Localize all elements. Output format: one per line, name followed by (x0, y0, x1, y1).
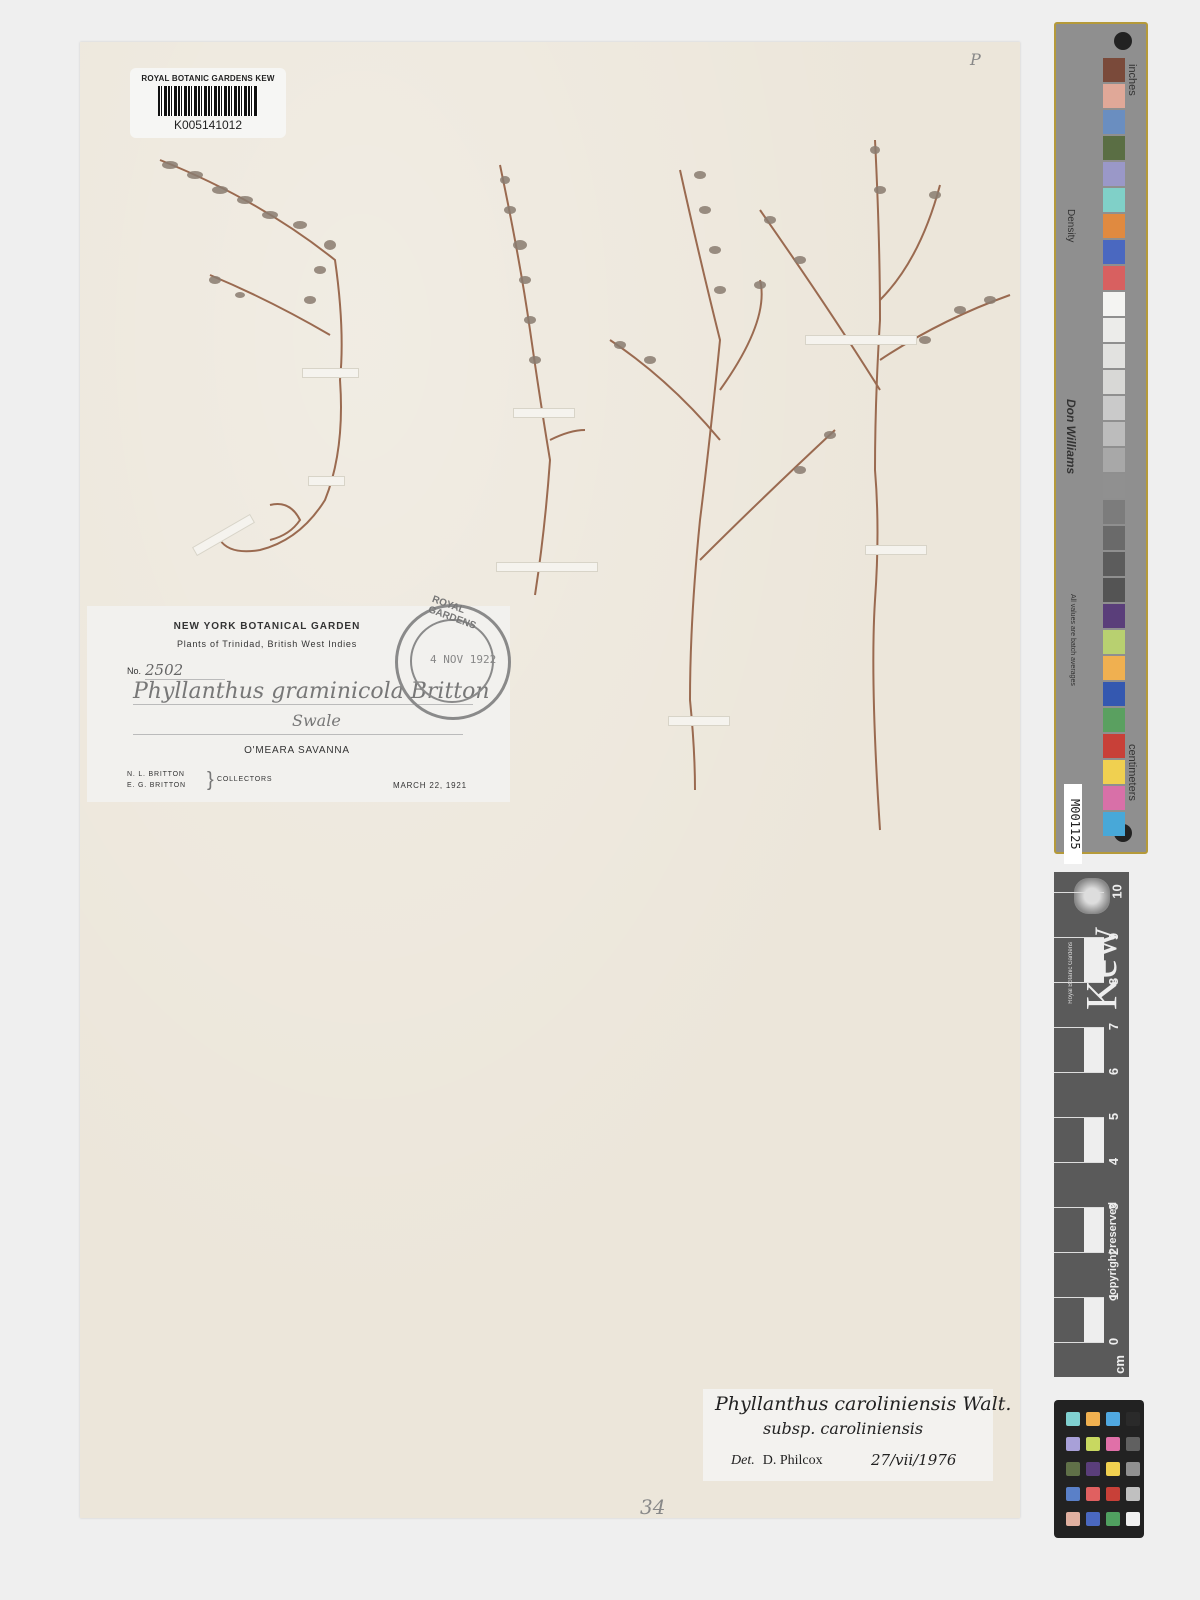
mounting-strap (805, 335, 917, 345)
checker-chip (1086, 1437, 1100, 1451)
color-swatch (1103, 214, 1125, 238)
checker-chip (1106, 1412, 1120, 1426)
determination-label: Phyllanthus caroliniensis Walt. subsp. c… (703, 1389, 993, 1481)
color-swatch (1103, 760, 1125, 784)
determination-date: 27/vii/1976 (871, 1451, 956, 1469)
scale-segment (1084, 1027, 1104, 1072)
collection-date: MARCH 22, 1921 (393, 781, 467, 790)
scale-tick-label: 2 (1106, 1248, 1121, 1255)
color-checker (1054, 1400, 1144, 1538)
color-swatch (1103, 188, 1125, 212)
color-bar-id: M001125 (1064, 784, 1082, 864)
color-swatch (1103, 136, 1125, 160)
color-reference-bar: inches Density Don Williams All values a… (1054, 22, 1148, 854)
scale-tick-label: 5 (1106, 1113, 1121, 1120)
checker-chip (1106, 1462, 1120, 1476)
color-swatch (1103, 448, 1125, 472)
collector-2: E. G. BRITTON (127, 782, 186, 789)
scale-tick (1054, 1117, 1104, 1118)
checker-chip (1066, 1437, 1080, 1451)
color-bar-brand: Don Williams (1064, 399, 1078, 474)
color-swatch (1103, 240, 1125, 264)
scale-tick-label: 9 (1106, 933, 1121, 940)
scale-unit: cm (1112, 1355, 1127, 1374)
checker-chip (1126, 1512, 1140, 1526)
color-swatch (1103, 422, 1125, 446)
mounting-strap (668, 716, 730, 726)
sheet-pencil-number: 34 (640, 1495, 665, 1519)
kew-brand-small: Royal Botanic Gardens (1068, 942, 1074, 1004)
scale-tick-label: 8 (1106, 978, 1121, 985)
checker-chip (1066, 1512, 1080, 1526)
color-swatch (1103, 500, 1125, 524)
checker-chip (1106, 1487, 1120, 1501)
color-swatch (1103, 292, 1125, 316)
color-swatch (1103, 318, 1125, 342)
scale-segment (1084, 1207, 1104, 1252)
collectors-label: COLLECTORS (217, 776, 272, 783)
scale-tick (1054, 892, 1104, 893)
determiner-line: Det.D. Philcox (731, 1453, 823, 1469)
scale-tick (1054, 1027, 1104, 1028)
color-swatch (1103, 58, 1125, 82)
scale-tick (1054, 1162, 1104, 1163)
collection-number-prefix: No. (127, 666, 141, 676)
checker-chip (1106, 1437, 1120, 1451)
checker-chip (1086, 1462, 1100, 1476)
scale-tick (1054, 982, 1104, 983)
kew-crest-icon (1074, 878, 1110, 914)
units-bottom: centimeters (1126, 744, 1138, 801)
scale-tick (1054, 1342, 1104, 1343)
checker-chip (1066, 1487, 1080, 1501)
color-swatch (1103, 84, 1125, 108)
checker-chip (1086, 1512, 1100, 1526)
checker-chip (1126, 1462, 1140, 1476)
stamp-date: 4 NOV 1922 (430, 653, 496, 666)
color-swatch (1103, 682, 1125, 706)
scale-tick (1054, 1297, 1104, 1298)
checker-chip (1106, 1512, 1120, 1526)
checker-chip (1066, 1412, 1080, 1426)
checker-chip (1066, 1462, 1080, 1476)
scale-tick-label: 3 (1106, 1203, 1121, 1210)
scale-tick (1054, 937, 1104, 938)
color-swatch (1103, 630, 1125, 654)
scale-tick-label: 0 (1106, 1338, 1121, 1345)
scale-tick (1054, 1072, 1104, 1073)
scale-tick-label: 4 (1106, 1158, 1121, 1165)
determiner-name: D. Philcox (763, 1453, 823, 1468)
determined-subspecies: subsp. caroliniensis (763, 1419, 923, 1438)
punch-hole (1114, 32, 1132, 50)
batch-note: All values are batch averages (1069, 594, 1076, 686)
color-swatch (1103, 110, 1125, 134)
mounting-strap (302, 368, 359, 378)
checker-chip (1126, 1487, 1140, 1501)
scale-segment (1084, 937, 1104, 982)
mounting-strap (308, 476, 345, 486)
units-top: inches (1126, 64, 1138, 96)
royal-gardens-stamp: ROYAL GARDENS 4 NOV 1922 (395, 604, 511, 720)
color-swatch (1103, 162, 1125, 186)
divider (133, 734, 463, 735)
scale-tick (1054, 1207, 1104, 1208)
mounting-strap (496, 562, 598, 572)
color-swatch (1103, 578, 1125, 602)
scale-tick-label: 6 (1106, 1068, 1121, 1075)
kew-scale-bar: Kew Royal Botanic Gardens copyright rese… (1054, 872, 1129, 1377)
checker-chip (1086, 1487, 1100, 1501)
color-swatch (1103, 474, 1125, 498)
scale-tick (1054, 1252, 1104, 1253)
habitat-handwritten: Swale (292, 711, 341, 730)
color-swatch (1103, 604, 1125, 628)
det-prefix: Det. (731, 1453, 755, 1468)
collector-1: N. L. BRITTON (127, 771, 185, 778)
color-swatch (1103, 370, 1125, 394)
brace-icon: } (207, 769, 214, 792)
scale-tick-label: 10 (1110, 884, 1125, 898)
scale-segment (1084, 1117, 1104, 1162)
checker-chip (1086, 1412, 1100, 1426)
color-swatch (1103, 812, 1125, 836)
locality: O'MEARA SAVANNA (87, 745, 507, 756)
color-swatch (1103, 396, 1125, 420)
scale-tick-label: 1 (1106, 1293, 1121, 1300)
checker-chip (1126, 1437, 1140, 1451)
color-swatch (1103, 266, 1125, 290)
collection-label-subtitle: Plants of Trinidad, British West Indies (87, 639, 447, 649)
determined-taxon: Phyllanthus caroliniensis Walt. (715, 1393, 1011, 1415)
collection-label-title: NEW YORK BOTANICAL GARDEN (87, 621, 447, 632)
color-swatch (1103, 708, 1125, 732)
checker-chip (1126, 1412, 1140, 1426)
color-swatch (1103, 552, 1125, 576)
collection-number: 2502 (145, 661, 225, 680)
color-swatch (1103, 656, 1125, 680)
color-swatch (1103, 344, 1125, 368)
scale-tick-label: 7 (1106, 1023, 1121, 1030)
scale-segment (1084, 1297, 1104, 1342)
color-swatch (1103, 786, 1125, 810)
color-swatch (1103, 734, 1125, 758)
density-label: Density (1065, 209, 1076, 242)
mounting-strap (513, 408, 575, 418)
color-swatch (1103, 526, 1125, 550)
mounting-strap (865, 545, 927, 555)
